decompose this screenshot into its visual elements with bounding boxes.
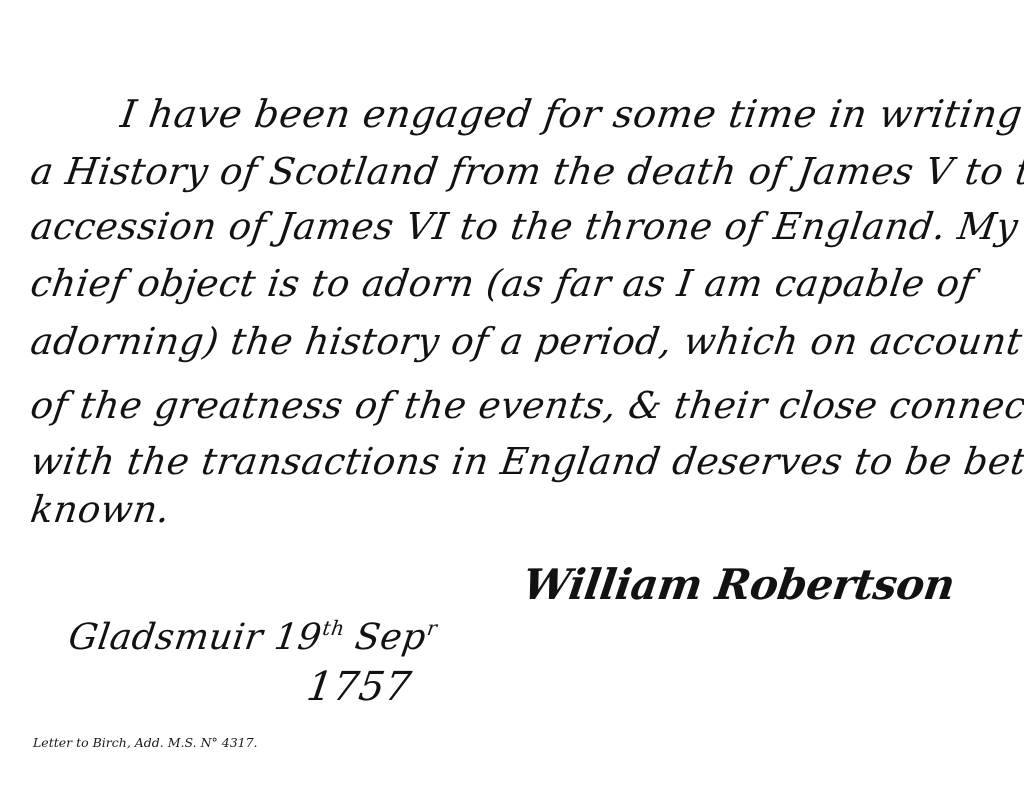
letter-line-6: of the greatness of the events, & their … (28, 384, 1024, 427)
letter-line-3: accession of James VI to the throne of E… (28, 205, 1021, 248)
date-year: 1757 (304, 664, 414, 710)
letter-line-1: I have been engaged for some time in wri… (118, 92, 1024, 136)
letter-line-7: with the transactions in England deserve… (28, 440, 1024, 483)
signature: William Robertson (520, 560, 958, 609)
date-day-suffix: th (321, 616, 346, 640)
date-day: 19 (272, 617, 325, 658)
place-name: Gladsmuir (66, 617, 266, 658)
letter-line-5: adorning) the history of a period, which… (28, 320, 1024, 363)
letter-page: I have been engaged for some time in wri… (0, 0, 1024, 810)
letter-line-8: known. (28, 488, 173, 531)
date-month-suffix: r (425, 616, 438, 640)
source-caption: Letter to Birch, Add. M.S. N° 4317. (33, 735, 258, 750)
date-month: Sep (352, 617, 428, 658)
letter-line-2: a History of Scotland from the death of … (28, 150, 1024, 193)
letter-line-4: chief object is to adorn (as far as I am… (28, 262, 977, 305)
place-date: Gladsmuir 19th Sepr (66, 616, 439, 658)
